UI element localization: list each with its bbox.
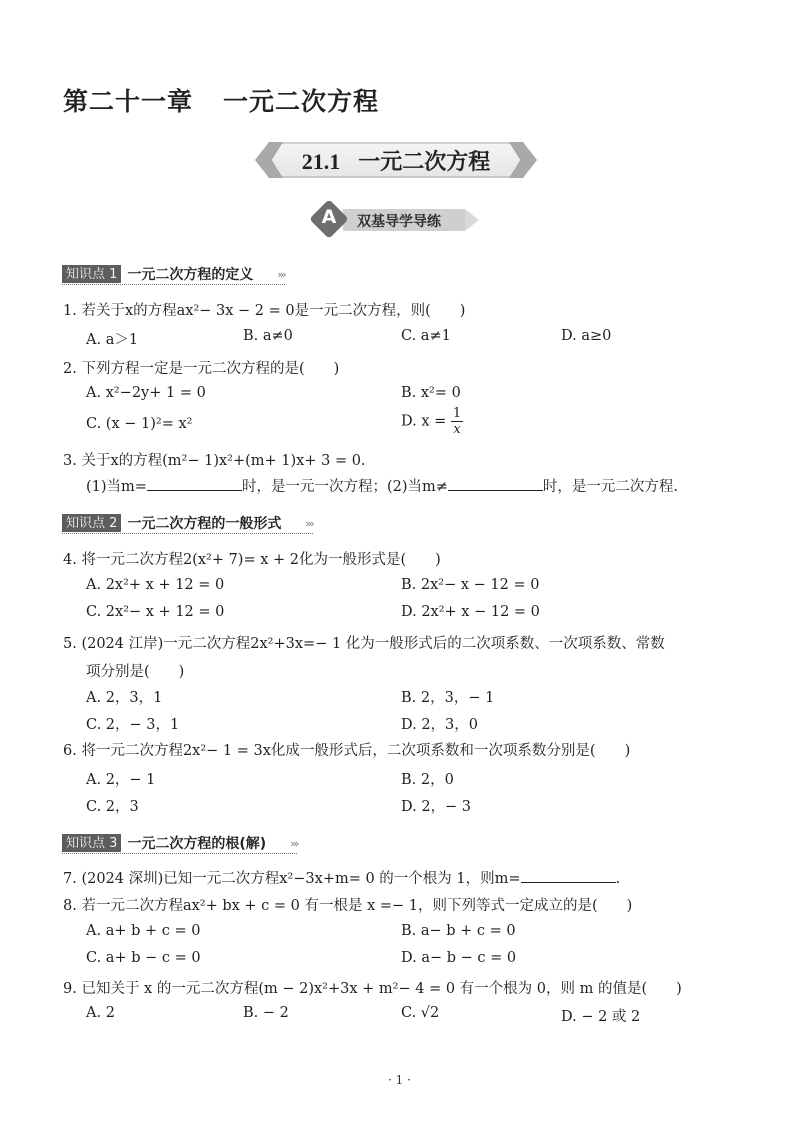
- question-3-sub: (1)当m=时，是一元一次方程；(2)当m≠时，是一元二次方程.: [86, 475, 678, 496]
- option-d: D. 2，3，0: [401, 713, 478, 734]
- question-number: 4.: [63, 552, 77, 568]
- option-c: C. a+ b − c = 0: [86, 950, 201, 966]
- page-number: · 1 ·: [388, 1073, 411, 1087]
- question-stem: 若一元二次方程ax²+ bx + c = 0 有一根是 x =− 1，则下列等式…: [81, 898, 632, 914]
- option-b: B. 2x²− x − 12 = 0: [401, 577, 539, 593]
- option-d: D. x = 1 x: [401, 407, 463, 436]
- chevrons-icon: ›››: [290, 837, 297, 850]
- fraction: 1 x: [451, 407, 463, 436]
- option-d: D. − 2 或 2: [561, 1005, 640, 1026]
- option-d: D. 2，− 3: [401, 795, 471, 816]
- question-number: 8.: [63, 898, 77, 914]
- option-b: B. 2，0: [401, 768, 454, 789]
- question-stem: (2024 江岸)一元二次方程2x²+3x=− 1 化为一般形式后的二次项系数、…: [81, 636, 664, 652]
- kp-tag: 知识点 2: [62, 514, 121, 532]
- option-a: A. 2，− 1: [86, 768, 155, 789]
- option-c: C. √2: [401, 1005, 439, 1021]
- option-d: D. a≥0: [561, 328, 611, 344]
- question-number: 1.: [63, 303, 77, 319]
- option-b: B. 2，3，− 1: [401, 686, 494, 707]
- badge-letter: A: [315, 206, 343, 228]
- question-stem: 若关于x的方程ax²− 3x − 2 = 0是一元二次方程，则( ): [81, 303, 465, 319]
- stem-end: .: [616, 871, 621, 887]
- question-stem: (2024 深圳)已知一元二次方程x²−3x+m= 0 的一个根为 1，则m=: [81, 871, 520, 887]
- question-7: 7. (2024 深圳)已知一元二次方程x²−3x+m= 0 的一个根为 1，则…: [63, 867, 620, 888]
- option-a: A. 2x²+ x + 12 = 0: [86, 577, 224, 593]
- kp-title: 一元二次方程的一般形式: [127, 513, 281, 533]
- question-5: 5. (2024 江岸)一元二次方程2x²+3x=− 1 化为一般形式后的二次项…: [63, 632, 665, 653]
- section-name: 一元二次方程: [358, 149, 490, 175]
- question-9: 9. 已知关于 x 的一元二次方程(m − 2)x²+3x + m²− 4 = …: [63, 977, 682, 998]
- answer-blank-2[interactable]: [448, 478, 543, 491]
- option-b: B. a≠0: [243, 328, 293, 344]
- option-c: C. (x − 1)²= x²: [86, 416, 192, 432]
- question-4: 4. 将一元二次方程2(x²+ 7)= x + 2化为一般形式是( ): [63, 548, 441, 569]
- question-3: 3. 关于x的方程(m²− 1)x²+(m+ 1)x+ 3 = 0.: [63, 449, 366, 470]
- question-stem: 已知关于 x 的一元二次方程(m − 2)x²+3x + m²− 4 = 0 有…: [81, 981, 681, 997]
- question-2: 2. 下列方程一定是一元二次方程的是( ): [63, 357, 339, 378]
- question-1: 1. 若关于x的方程ax²− 3x − 2 = 0是一元二次方程，则( ): [63, 299, 465, 320]
- option-c: C. 2x²− x + 12 = 0: [86, 604, 224, 620]
- badge-label: 双基导学导练: [357, 211, 441, 231]
- option-a: A. 2: [86, 1005, 115, 1021]
- option-c: C. a≠1: [401, 328, 451, 344]
- option-b: B. x²= 0: [401, 385, 461, 401]
- sub-text: 时，是一元二次方程.: [543, 479, 678, 495]
- question-number: 6.: [63, 743, 77, 759]
- kp-title: 一元二次方程的定义: [127, 264, 253, 284]
- option-d: D. a− b − c = 0: [401, 950, 516, 966]
- denominator: x: [451, 422, 463, 436]
- question-stem: 下列方程一定是一元二次方程的是( ): [81, 361, 339, 377]
- answer-blank-1[interactable]: [147, 478, 242, 491]
- option-a: A. a+ b + c = 0: [86, 923, 200, 939]
- chevrons-icon: ›››: [277, 268, 284, 281]
- question-stem: 关于x的方程(m²− 1)x²+(m+ 1)x+ 3 = 0.: [81, 453, 365, 469]
- chapter-name: 一元二次方程: [223, 87, 379, 116]
- option-a: A. 2，3，1: [86, 686, 162, 707]
- question-number: 2.: [63, 361, 77, 377]
- numerator: 1: [451, 407, 463, 422]
- part-badge: A 双基导学导练: [313, 203, 483, 235]
- kp-tag: 知识点 1: [62, 265, 121, 283]
- question-stem: 将一元二次方程2(x²+ 7)= x + 2化为一般形式是( ): [81, 552, 440, 568]
- question-number: 3.: [63, 453, 77, 469]
- question-6: 6. 将一元二次方程2x²− 1 = 3x化成一般形式后，二次项系数和一次项系数…: [63, 739, 630, 760]
- section-number: 21.1: [302, 149, 341, 174]
- question-8: 8. 若一元二次方程ax²+ bx + c = 0 有一根是 x =− 1，则下…: [63, 894, 632, 915]
- section-banner: 21.1一元二次方程: [255, 142, 537, 178]
- chapter-title: 第二十一章一元二次方程: [63, 82, 379, 118]
- option-d: D. 2x²+ x − 12 = 0: [401, 604, 540, 620]
- sub-text: 时，是一元一次方程；(2)当m≠: [242, 479, 448, 495]
- question-5-cont: 项分别是( ): [86, 660, 184, 681]
- option-c: C. 2，− 3，1: [86, 713, 179, 734]
- section-title: 21.1一元二次方程: [255, 145, 537, 176]
- question-number: 7.: [63, 871, 77, 887]
- answer-blank[interactable]: [521, 870, 616, 883]
- kp-title: 一元二次方程的根(解): [127, 833, 266, 853]
- kp-tag: 知识点 3: [62, 834, 121, 852]
- option-b: B. − 2: [243, 1005, 289, 1021]
- chevrons-icon: ›››: [305, 517, 312, 530]
- badge-arrow-icon: [465, 209, 479, 231]
- sub-text: (1)当m=: [86, 479, 147, 495]
- option-a: A. x²−2y+ 1 = 0: [86, 385, 206, 401]
- question-number: 5.: [63, 636, 77, 652]
- chapter-number: 第二十一章: [63, 87, 193, 116]
- question-number: 9.: [63, 981, 77, 997]
- option-b: B. a− b + c = 0: [401, 923, 516, 939]
- option-d-label: D. x =: [401, 414, 446, 430]
- option-c: C. 2，3: [86, 795, 139, 816]
- question-stem: 将一元二次方程2x²− 1 = 3x化成一般形式后，二次项系数和一次项系数分别是…: [81, 743, 630, 759]
- knowledge-point-header-2: 知识点 2 一元二次方程的一般形式 ›››: [62, 513, 313, 534]
- knowledge-point-header-1: 知识点 1 一元二次方程的定义 ›››: [62, 264, 285, 285]
- knowledge-point-header-3: 知识点 3 一元二次方程的根(解) ›››: [62, 833, 297, 854]
- option-a: A. a＞1: [86, 328, 138, 349]
